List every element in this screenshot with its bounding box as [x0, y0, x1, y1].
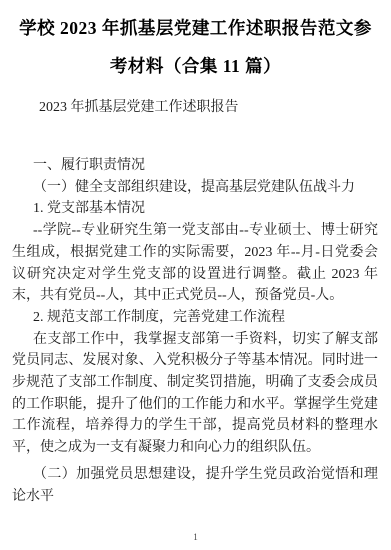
document-page: 学校 2023 年抓基层党建工作述职报告范文参 考材料（合集 11 篇） 202…: [0, 0, 391, 550]
body-paragraph-1: --学院--专业研究生第一党支部由--专业硕士、博士研究生组成，根据党建工作的实…: [12, 220, 378, 307]
report-subtitle: 2023 年抓基层党建工作述职报告: [12, 99, 378, 116]
section-heading-1-1: （一）健全支部组织建设，提高基层党建队伍战斗力: [12, 177, 378, 199]
body-paragraph-2: 在支部工作中，我掌握支部第一手资料，切实了解支部党员同志、发展对象、入党积极分子…: [12, 329, 378, 459]
section-heading-1-2: （二）加强党员思想建设，提升学生党员政治觉悟和理论水平: [12, 464, 378, 507]
document-title-line-1: 学校 2023 年抓基层党建工作述职报告范文参: [0, 9, 391, 47]
document-title: 学校 2023 年抓基层党建工作述职报告范文参 考材料（合集 11 篇）: [0, 0, 391, 85]
subsection-heading-2: 2. 规范支部工作制度，完善党建工作流程: [12, 307, 378, 329]
page-number: 1: [0, 532, 391, 542]
document-body: 2023 年抓基层党建工作述职报告 一、履行职责情况 （一）健全支部组织建设，提…: [0, 99, 391, 507]
document-title-line-2: 考材料（合集 11 篇）: [0, 47, 391, 85]
section-heading-1: 一、履行职责情况: [12, 155, 378, 177]
subsection-heading-1: 1. 党支部基本情况: [12, 198, 378, 220]
